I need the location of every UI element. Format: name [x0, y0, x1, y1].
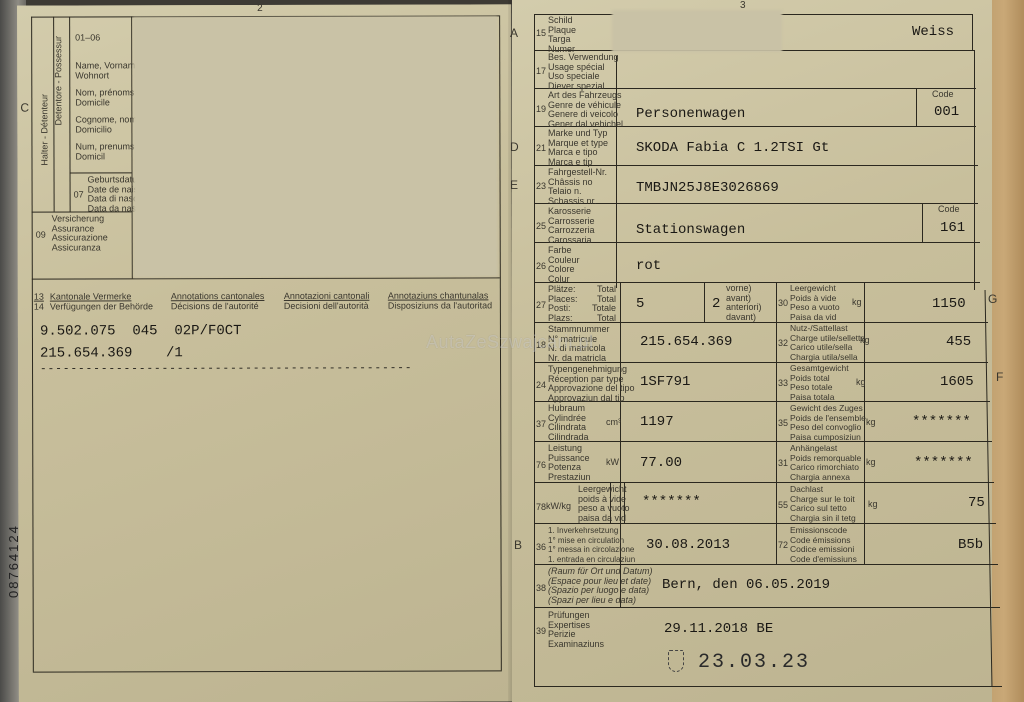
- label: Prestaziun: [548, 473, 591, 483]
- gross-weight-value: 1605: [940, 374, 974, 390]
- type-approval-value: 1SF791: [640, 374, 690, 390]
- field-76-labels: Leistung Puissance Potenza Prestaziun: [548, 444, 591, 482]
- master-number-value: 215.654.369: [640, 334, 732, 350]
- field-72-labels: Emissionscode Code émissions Codice emis…: [790, 526, 857, 564]
- field-code: 15: [536, 28, 546, 38]
- field-35-labels: Gewicht des Zuges Poids de l'ensemble Pe…: [790, 404, 866, 442]
- unit-label: kg: [868, 500, 878, 510]
- field-78-labels: Leergewicht poids à vide peso a vuoto pa…: [578, 485, 630, 523]
- label: Paisa cumposiziun: [790, 433, 866, 443]
- field-30-labels: Leergewicht Poids à vide Peso a vuoto Pa…: [790, 284, 840, 322]
- field-code: 72: [778, 540, 788, 550]
- body-type-code: 161: [940, 220, 965, 236]
- divider: [704, 282, 705, 322]
- field-17-labels: Bes. Verwendung Usage spécial Uso specia…: [548, 53, 619, 91]
- vehicle-type-value: Personenwagen: [636, 106, 745, 122]
- color-value: rot: [636, 258, 661, 274]
- inspection-labels: Prüfungen Expertises Perizie Examinaziun…: [548, 611, 604, 649]
- power-value: 77.00: [640, 455, 682, 471]
- label: Chargia annexa: [790, 473, 861, 483]
- place-date-labels: (Raum für Ort und Datum) (Espace pour li…: [548, 567, 653, 605]
- field-23-labels: Fahrgestell-Nr. Châssis no Telaio n. Sch…: [548, 168, 607, 206]
- label: 1° mise en circulation: [548, 536, 635, 546]
- field-37-labels: Hubraum Cylindrée Cilindrata Cilindrada: [548, 404, 589, 442]
- redacted-plate: [612, 10, 782, 52]
- seats-front-labels: vorne) avant) anteriori) davant): [726, 284, 762, 322]
- divider: [922, 203, 923, 242]
- field-code: 76: [536, 460, 546, 470]
- unit-label: kg: [852, 298, 862, 308]
- left-page: 2 C Halter - Détenteur Detentore - Posse…: [17, 4, 513, 702]
- divider: [972, 14, 973, 50]
- section-letter-c: C: [20, 101, 29, 115]
- field-code: 36: [536, 542, 546, 552]
- watermark: AutaZeSzwajcarii.pl: [426, 332, 594, 353]
- field-19-labels: Art des Fahrzeugs Genre de véhicule Gene…: [548, 91, 623, 129]
- label: Examinaziuns: [548, 640, 604, 650]
- field-26-labels: Farbe Couleur Colore Colur: [548, 246, 580, 284]
- places-total-labels: Total Total Totale Total: [592, 285, 616, 323]
- canton-crest-icon: [668, 650, 684, 672]
- field-25-labels: Karosserie Carrosserie Carrozzeria Caros…: [548, 207, 595, 245]
- serial-number: 08764124: [6, 524, 21, 598]
- annotation-codes: 13 14: [34, 293, 44, 312]
- label: Paisa totala: [790, 393, 849, 403]
- field-33-labels: Gesamtgewicht Poids total Peso totale Pa…: [790, 364, 849, 402]
- divider: [534, 242, 980, 243]
- label: Schassis nr.: [548, 197, 607, 207]
- holder-vertical-label: Detentore - Possessur: [53, 36, 63, 126]
- unit-label: kg: [856, 378, 866, 388]
- field-32-labels: Nutz-/Sattellast Charge utile/sellette C…: [790, 324, 865, 362]
- seats-total-value: 5: [636, 296, 644, 312]
- code-label: Code: [932, 90, 954, 100]
- label: Decisioni dell'autorità: [284, 301, 370, 311]
- divider: [985, 290, 993, 686]
- places-labels: Plätze: Places: Posti: Plazs:: [548, 285, 578, 323]
- seats-front-value: 2: [712, 296, 720, 312]
- divider: [534, 482, 994, 483]
- field-code: 19: [536, 104, 546, 114]
- roof-load-value: 75: [968, 495, 985, 511]
- unit-label: kg: [866, 418, 876, 428]
- divider: [534, 523, 996, 524]
- first-registration-value: 30.08.2013: [646, 537, 730, 553]
- field-24-labels: Typengenehmigung Réception par type Appr…: [548, 365, 635, 403]
- page-number-left: 2: [257, 3, 263, 14]
- label: Carossaria: [548, 236, 595, 246]
- trailer-load-value: *******: [914, 455, 973, 471]
- field-code: 39: [536, 626, 546, 636]
- train-weight-value: *******: [912, 414, 971, 430]
- inspection-value: 29.11.2018 BE: [664, 621, 773, 637]
- label: Chargia sin il tetg: [790, 514, 856, 524]
- unit-label: kg: [866, 458, 876, 468]
- field-code: 24: [536, 380, 546, 390]
- field-code-09: 09: [36, 230, 46, 240]
- divider: [69, 17, 71, 212]
- label: Total: [592, 314, 616, 324]
- field-code-07: 07: [74, 189, 84, 199]
- label: Nr. da matricla: [548, 354, 610, 364]
- code-label: Code: [938, 205, 960, 215]
- divider: [534, 686, 1002, 687]
- emission-code-value: B5b: [958, 537, 983, 553]
- annotation-header-rm: Annotaziuns chantunalas Disposiziuns da …: [388, 291, 492, 310]
- field-code: 30: [778, 298, 788, 308]
- divider: [534, 441, 992, 442]
- annotation-line-1: 9.502.075 045 02P/F0CT: [40, 323, 242, 340]
- field-code: 23: [536, 181, 546, 191]
- vehicle-type-code: 001: [934, 104, 959, 120]
- label: 1. Inverkehrsetzung: [548, 526, 635, 536]
- field-15-labels: Schild Plaque Targa Numer: [548, 16, 576, 54]
- annotation-header-de: Kantonale Vermerke Verfügungen der Behör…: [50, 292, 153, 311]
- annotation-header-fr: Annotations cantonales Décisions de l'au…: [171, 292, 265, 311]
- field-21-labels: Marke und Typ Marque et type Marca e tip…: [548, 129, 608, 167]
- field-code: 21: [536, 143, 546, 153]
- label: (Spazi per lieu e data): [548, 596, 653, 606]
- field-31-labels: Anhängelast Poids remorquable Carico rim…: [790, 444, 861, 482]
- vin-value: TMBJN25J8E3026869: [636, 180, 779, 196]
- label: Décisions de l'autorité: [171, 302, 265, 312]
- displacement-value: 1197: [640, 414, 674, 430]
- field-code: 38: [536, 583, 546, 593]
- field-code: 33: [778, 378, 788, 388]
- section-letter-e: E: [510, 178, 518, 192]
- field-code: 27: [536, 300, 546, 310]
- make-model-value: SKODA Fabia C 1.2TSI Gt: [636, 140, 829, 156]
- annotation-header-it: Annotazioni cantonali Decisioni dell'aut…: [284, 292, 370, 311]
- field-code: 26: [536, 261, 546, 271]
- divider: [33, 670, 502, 672]
- divider: [32, 277, 500, 279]
- unit-label: kW: [606, 458, 619, 468]
- redacted-holder-info: [133, 16, 498, 277]
- annotation-line-2: 215.654.369 /1: [40, 345, 183, 361]
- field-code: 37: [536, 419, 546, 429]
- field-code: 55: [778, 500, 788, 510]
- divider: [776, 282, 777, 564]
- label: Disposiziuns da l'autoritad: [388, 301, 492, 311]
- field-code: 32: [778, 338, 788, 348]
- place-date-value: Bern, den 06.05.2019: [662, 577, 830, 593]
- field-09-labels: Versicherung Assurance Assicurazione Ass…: [52, 214, 108, 252]
- divider: [534, 564, 998, 565]
- divider: [534, 282, 980, 283]
- label: 1. entrada en circulaziun: [548, 555, 635, 565]
- label: Verfügungen der Behörde: [50, 302, 153, 312]
- label: Assicuranza: [52, 243, 108, 253]
- curb-weight-value: 1150: [932, 296, 966, 312]
- label: 1° messa in circolazione: [548, 545, 635, 555]
- unit-label: kW/kg: [546, 502, 571, 512]
- label: Marca e tip: [548, 158, 608, 168]
- field-55-labels: Dachlast Charge sur le toit Carico sul t…: [790, 485, 856, 523]
- label: Approvaziun dal tip: [548, 394, 635, 404]
- label: Chargia utila/sella: [790, 353, 865, 363]
- divider: [70, 172, 132, 173]
- divider: [534, 607, 1000, 608]
- divider: [916, 88, 917, 126]
- label: Cilindrada: [548, 433, 589, 443]
- divider: [974, 50, 975, 290]
- label: 14: [34, 302, 44, 312]
- label: Code d'emissiuns: [790, 555, 857, 565]
- body-type-value: Stationswagen: [636, 222, 745, 238]
- annotation-separator: ----------------------------------------…: [40, 363, 412, 376]
- unit-label: cm³: [606, 418, 621, 428]
- field-code: 25: [536, 221, 546, 231]
- field-code-01-06: 01–06: [75, 33, 100, 43]
- field-code: 17: [536, 66, 546, 76]
- label: davant): [726, 313, 762, 323]
- section-letter-f: F: [996, 370, 1003, 384]
- label: paisa da vid: [578, 514, 630, 524]
- plate-color-value: Weiss: [912, 24, 954, 40]
- section-letter-b: B: [514, 538, 522, 552]
- section-letter-d: D: [510, 140, 519, 154]
- field-code: 35: [778, 418, 788, 428]
- divider: [31, 17, 34, 672]
- section-letter-g: G: [988, 292, 997, 306]
- field-code: 78: [536, 502, 546, 512]
- payload-value: 455: [946, 334, 971, 350]
- power-weight-value: *******: [642, 494, 701, 510]
- holder-vertical-label: Halter - Détenteur: [39, 94, 49, 166]
- field-code: 31: [778, 458, 788, 468]
- unit-label: kg: [860, 336, 870, 346]
- label: Colur: [548, 275, 580, 285]
- inspection-stamp: 23.03.23: [698, 651, 810, 674]
- field-36-labels: 1. Inverkehrsetzung 1° mise en circulati…: [548, 526, 635, 564]
- label: Paisa da vid: [790, 313, 840, 323]
- section-letter-a: A: [510, 26, 518, 40]
- label: Plazs:: [548, 314, 578, 324]
